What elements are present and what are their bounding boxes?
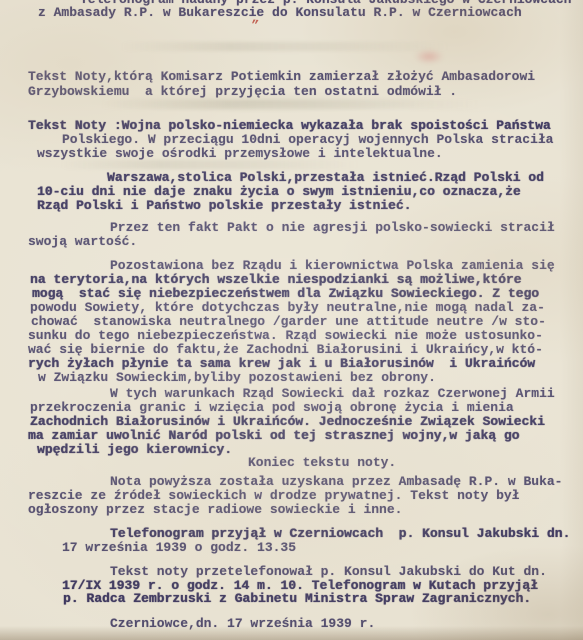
document-line: Warszawa,stolica Polski,przestała istnie…	[107, 171, 544, 185]
pink-ink-smudge	[414, 49, 444, 64]
red-pencil-mark: ”	[250, 18, 259, 34]
document-line: Czerniowce,dn. 17 września 1939 r.	[110, 617, 375, 631]
document-line: 17 września 1939 o godz. 13.35	[62, 541, 296, 555]
document-line: 10-ciu dni nie daje znaku życia o swym i…	[37, 185, 521, 199]
document-line: powodu Sowiety, które dotychczas były ne…	[30, 301, 545, 315]
document-line: Tekst Noty :Wojna polsko-niemiecka wykaz…	[28, 119, 551, 133]
document-line: Grzybowskiemu a której przyjęcia ten ost…	[28, 85, 457, 99]
document-line: ma zamiar uwolnić Naród polski od tej st…	[28, 429, 519, 443]
document-line: W tych warunkach Rząd Sowiecki dał rozka…	[110, 387, 555, 401]
document-line: z Ambasady R.P. w Bukareszcie do Konsula…	[38, 6, 522, 20]
ink-bleedthrough-smudge	[60, 160, 360, 169]
document-line: Tekst Noty,którą Komisarz Potiemkin zami…	[28, 70, 535, 84]
document-line: mogą stać się niebezpieczeństwem dla Zwi…	[32, 287, 539, 301]
document-line: Pozostawiona bez Rządu i kierownictwa Po…	[110, 259, 555, 273]
ink-bleedthrough-smudge	[120, 42, 450, 51]
document-line: Koniec tekstu noty.	[248, 456, 396, 470]
document-line: na terytoria,na których wszelkie niespod…	[30, 273, 521, 287]
document-page: ” Telefonogram nadany przez p. Konsula J…	[0, 0, 583, 640]
document-line: przekroczenia granic i wzięcia pod swoją…	[30, 401, 514, 415]
document-line: Przez ten fakt Pakt o nie agresji polsko…	[110, 221, 555, 235]
document-line: rych żyłach płynie ta sama krew jak i u …	[28, 357, 535, 371]
document-line: w Związku Sowieckim,byliby pozostawieni …	[38, 371, 436, 385]
document-line: Zachodnich Białorusinów i Ukraińców. Jed…	[30, 415, 545, 429]
document-line: Polskiego. W przeciągu 10dni operacyj wo…	[62, 133, 553, 147]
document-line: Telefonogram przyjął w Czerniowcach p. K…	[110, 527, 570, 541]
document-line: Rząd Polski i Państwo polskie przestały …	[37, 199, 411, 213]
ink-bleedthrough-smudge	[100, 100, 480, 109]
document-line: wszystkie swoje ośrodki przemysłowe i in…	[37, 147, 443, 161]
document-line: p. Radca Zembrzuski z Gabinetu Ministra …	[63, 592, 531, 606]
document-line: wpędzili jego kierownicy.	[37, 443, 232, 457]
document-line: chować stanowiska neutralnego /garder un…	[31, 315, 546, 329]
document-line: Nota powyższa została uzyskana przez Amb…	[110, 475, 562, 489]
document-line: Tekst noty przetelefonował p. Konsul Jak…	[110, 565, 547, 579]
document-line: ogłoszony przez stacje radiowe sowieckie…	[28, 503, 402, 517]
document-line: sunku do tego niebezpieczeństwa. Rząd so…	[28, 329, 543, 343]
document-line: reszcie ze źródeł sowieckich w drodze pr…	[28, 489, 519, 503]
document-line: swoją wartość.	[28, 235, 137, 249]
document-line: wać się biernie do faktu,że Zachodni Bia…	[28, 343, 543, 357]
